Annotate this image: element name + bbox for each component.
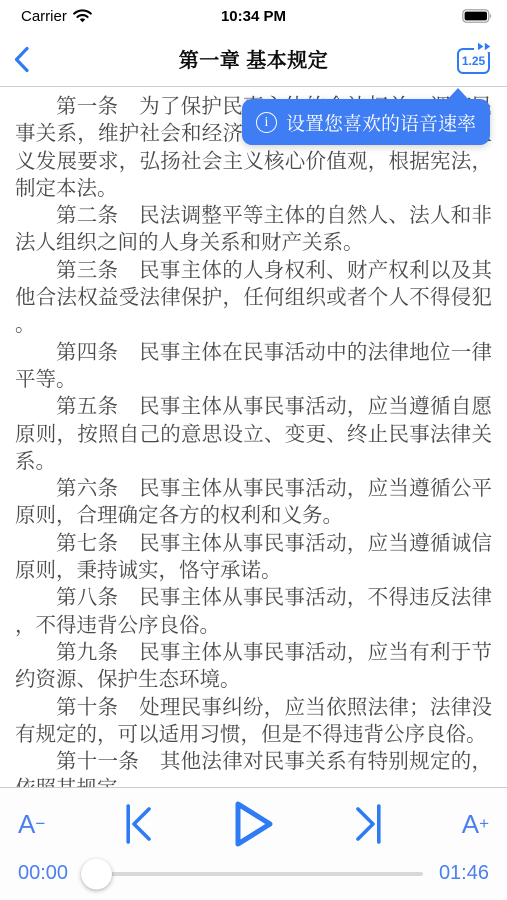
info-icon: i	[256, 112, 277, 133]
article-paragraph: 第十一条 其他法律对民事关系有特别规定的，依照其规定。	[15, 748, 492, 787]
chevron-left-icon	[14, 46, 29, 73]
back-button[interactable]	[14, 42, 44, 76]
article-paragraph: 第四条 民事主体在民事活动中的法律地位一律平等。	[15, 339, 492, 394]
play-button[interactable]	[233, 799, 275, 849]
font-increase-label: A	[462, 811, 479, 837]
article-list[interactable]: 第一条 为了保护民事主体的合法权益，调整民事关系，维护社会和经济秩序，适应中国特…	[0, 88, 507, 787]
total-time-label: 01:46	[433, 862, 489, 885]
font-increase-button[interactable]: A+	[462, 811, 489, 837]
carrier-label: Carrier	[21, 8, 67, 25]
wifi-icon	[73, 9, 92, 23]
article-paragraph: 第三条 民事主体的人身权利、财产权利以及其他合法权益受法律保护，任何组织或者个人…	[15, 257, 492, 339]
speech-rate-tooltip[interactable]: i 设置您喜欢的语音速率	[242, 99, 490, 145]
skip-next-icon	[355, 803, 381, 845]
status-bar: 10:34 PM Carrier	[0, 0, 507, 30]
fast-forward-icon	[474, 42, 492, 52]
font-decrease-button[interactable]: A−	[18, 811, 45, 837]
font-increase-sup: +	[479, 811, 489, 837]
tooltip-text: 设置您喜欢的语音速率	[286, 109, 476, 136]
skip-previous-button[interactable]	[126, 803, 152, 845]
slider-thumb[interactable]	[81, 858, 112, 889]
speech-rate-button[interactable]: 1.25	[457, 44, 491, 74]
font-decrease-sup: −	[35, 811, 45, 837]
nav-bar: 第一章 基本规定 1.25	[0, 30, 507, 87]
page-title: 第一章 基本规定	[179, 44, 329, 73]
article-paragraph: 第七条 民事主体从事民事活动，应当遵循诚信原则，秉持诚实，恪守承诺。	[15, 530, 492, 585]
app-window: 10:34 PM Carrier	[0, 0, 507, 900]
article-paragraph: 第十条 处理民事纠纷，应当依照法律；法律没有规定的，可以适用习惯，但是不得违背公…	[15, 694, 492, 749]
font-decrease-label: A	[18, 811, 35, 837]
tooltip-arrow	[447, 88, 469, 100]
article-paragraph: 第六条 民事主体从事民事活动，应当遵循公平原则，合理确定各方的权利和义务。	[15, 475, 492, 530]
article-paragraph: 第二条 民法调整平等主体的自然人、法人和非法人组织之间的人身关系和财产关系。	[15, 202, 492, 257]
playback-toolbar: A−	[0, 787, 507, 900]
article-paragraph: 第五条 民事主体从事民事活动，应当遵循自愿原则，按照自己的意思设立、变更、终止民…	[15, 393, 492, 475]
battery-icon	[462, 9, 493, 23]
skip-previous-icon	[126, 803, 152, 845]
play-icon	[233, 799, 275, 849]
article-paragraph: 第九条 民事主体从事民事活动，应当有利于节约资源、保护生态环境。	[15, 639, 492, 694]
progress-slider[interactable]	[84, 872, 423, 876]
current-time-label: 00:00	[18, 862, 74, 885]
skip-next-button[interactable]	[355, 803, 381, 845]
article-paragraph: 第八条 民事主体从事民事活动，不得违反法律，不得违背公序良俗。	[15, 584, 492, 639]
